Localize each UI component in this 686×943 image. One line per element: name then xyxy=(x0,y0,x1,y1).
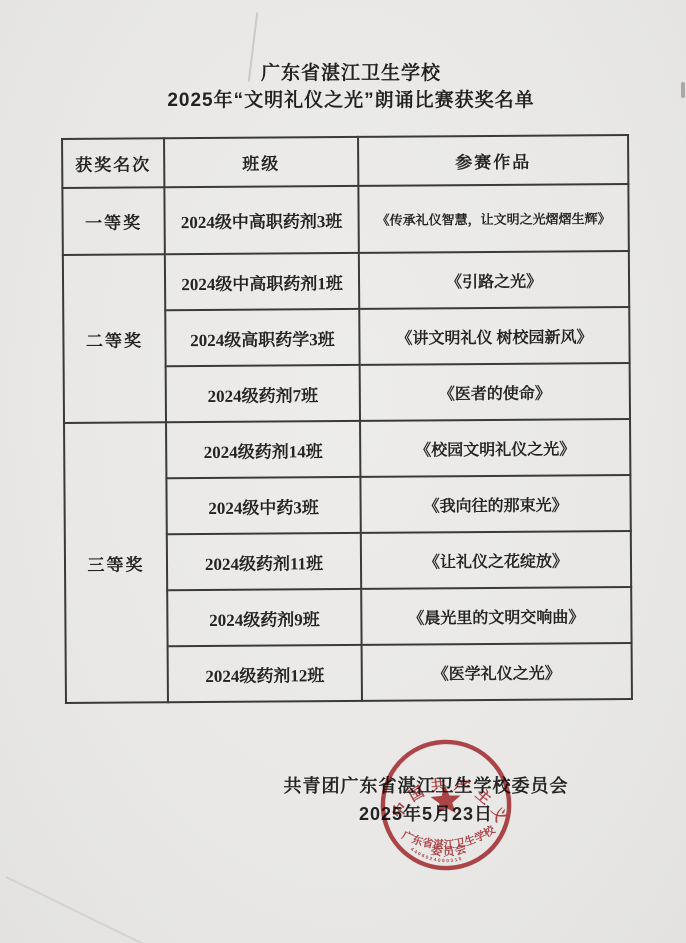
award-cell-first-prize: 一等奖 xyxy=(62,187,164,255)
work-cell: 《引路之光》 xyxy=(359,251,629,309)
work-cell: 《医者的使命》 xyxy=(360,363,630,421)
class-cell: 2024级药剂11班 xyxy=(167,533,361,590)
table-row: 三等奖 2024级药剂14班 《校园文明礼仪之光》 xyxy=(64,419,630,479)
work-cell: 《晨光里的文明交响曲》 xyxy=(361,587,631,645)
award-cell-third-prize: 三等奖 xyxy=(64,422,168,703)
title-line-school: 广东省湛江卫生学校 xyxy=(8,60,686,87)
table-row: 二等奖 2024级中高职药剂1班 《引路之光》 xyxy=(63,251,629,311)
work-cell: 《我向往的那束光》 xyxy=(360,475,630,533)
title-line-event: 2025年“文明礼仪之光”朗诵比赛获奖名单 xyxy=(8,87,686,114)
class-cell: 2024级药剂12班 xyxy=(168,645,362,702)
work-cell: 《传承礼仪智慧，让文明之光熠熠生辉》 xyxy=(358,184,628,253)
class-cell: 2024级中高职药剂1班 xyxy=(165,253,359,310)
class-cell: 2024级中药3班 xyxy=(166,477,360,534)
official-seal-stamp: 中国共产主义青年团 广东省湛江卫生学校 委员会 4406024060310 xyxy=(373,732,518,877)
class-cell: 2024级中高职药剂3班 xyxy=(164,186,358,254)
col-header-class: 班级 xyxy=(164,137,358,187)
work-cell: 《讲文明礼仪 树校园新风》 xyxy=(359,307,629,365)
work-cell: 《让礼仪之花绽放》 xyxy=(361,531,631,589)
award-cell-second-prize: 二等奖 xyxy=(63,254,166,423)
class-cell: 2024级药剂9班 xyxy=(167,589,361,646)
work-cell: 《校园文明礼仪之光》 xyxy=(360,419,630,477)
table-header-row: 获奖名次 班级 参赛作品 xyxy=(62,135,628,188)
award-table: 获奖名次 班级 参赛作品 一等奖 2024级中高职药剂3班 《传承礼仪智慧，让文… xyxy=(61,134,633,704)
stamp-outer-arc-text: 中国共产主义青年团 xyxy=(373,732,512,837)
col-header-work: 参赛作品 xyxy=(358,135,628,186)
table-row: 一等奖 2024级中高职药剂3班 《传承礼仪智慧，让文明之光熠熠生辉》 xyxy=(62,184,628,255)
col-header-award-rank: 获奖名次 xyxy=(62,138,164,188)
work-cell: 《医学礼仪之光》 xyxy=(362,643,632,701)
award-table-wrapper: 获奖名次 班级 参赛作品 一等奖 2024级中高职药剂3班 《传承礼仪智慧，让文… xyxy=(61,134,633,704)
scan-artifact-bottom-scratch xyxy=(6,876,151,943)
class-cell: 2024级药剂7班 xyxy=(166,365,360,422)
document-title: 广东省湛江卫生学校 2025年“文明礼仪之光”朗诵比赛获奖名单 xyxy=(8,60,686,114)
class-cell: 2024级药剂14班 xyxy=(166,421,360,478)
class-cell: 2024级高职药学3班 xyxy=(165,309,359,366)
